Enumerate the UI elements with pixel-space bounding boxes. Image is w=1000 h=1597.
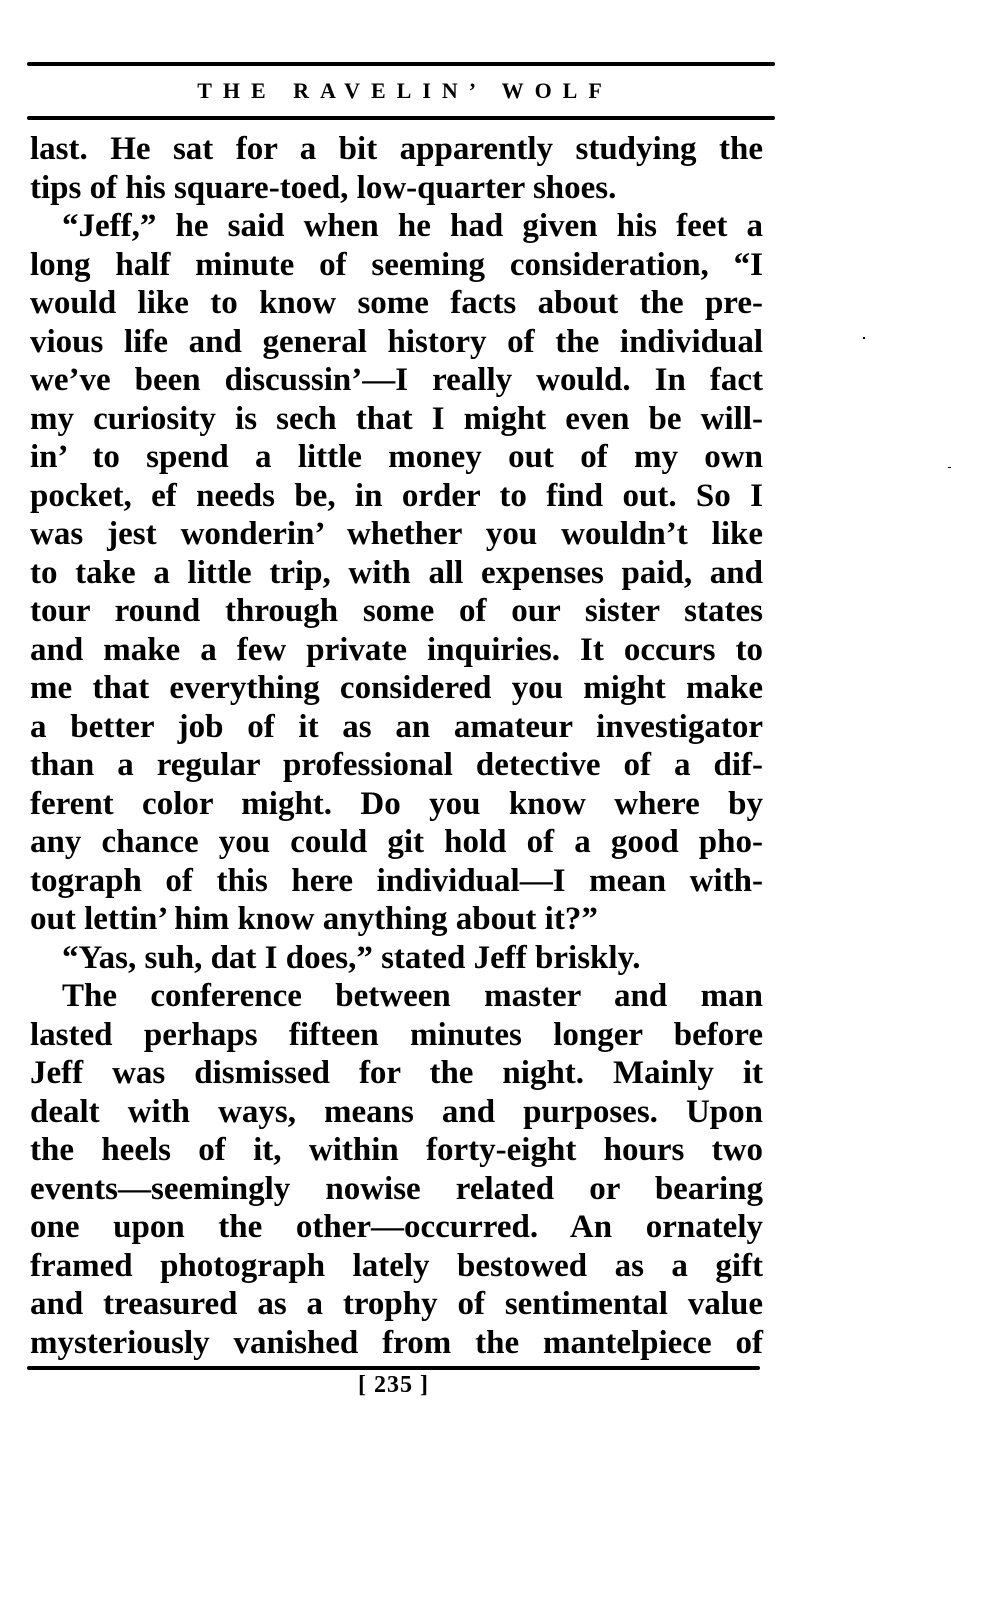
text-line: than a regular professional detective of…	[30, 746, 763, 785]
text-line: we’ve been discussin’—I really would. In…	[30, 361, 763, 400]
text-line: “Jeff,” he said when he had given his fe…	[30, 207, 763, 246]
text-line: vious life and general history of the in…	[30, 323, 763, 362]
text-line: to take a little trip, with all expenses…	[30, 554, 763, 593]
text-line: out lettin’ him know anything about it?”	[30, 900, 763, 939]
page-number: [ 235 ]	[27, 1372, 760, 1399]
text-line: dealt with ways, means and purposes. Upo…	[30, 1093, 763, 1132]
text-line: the heels of it, within forty-eight hour…	[30, 1131, 763, 1170]
scan-speck	[948, 467, 951, 468]
footer-rule	[27, 1366, 760, 1370]
text-line: was jest wonderin’ whether you wouldn’t …	[30, 515, 763, 554]
text-line: framed photograph lately bestowed as a g…	[30, 1247, 763, 1286]
header-rule	[27, 116, 775, 120]
text-line: “Yas, suh, dat I does,” stated Jeff bris…	[30, 939, 763, 978]
book-page: THE RAVELIN’ WOLF last. He sat for a bit…	[27, 62, 775, 1399]
text-line: lasted perhaps fifteen minutes longer be…	[30, 1016, 763, 1055]
text-line: tips of his square-toed, low-quarter sho…	[30, 169, 763, 208]
text-line: would like to know some facts about the …	[30, 284, 763, 323]
text-line: tour round through some of our sister st…	[30, 592, 763, 631]
text-line: me that everything considered you might …	[30, 669, 763, 708]
text-line: tograph of this here individual—I mean w…	[30, 862, 763, 901]
text-line: ferent color might. Do you know where by	[30, 785, 763, 824]
running-head-title: THE RAVELIN’ WOLF	[197, 78, 613, 104]
text-line: long half minute of seeming consideratio…	[30, 246, 763, 285]
body-text: last. He sat for a bit apparently studyi…	[27, 130, 763, 1362]
text-line: a better job of it as an amateur investi…	[30, 708, 763, 747]
text-line: last. He sat for a bit apparently studyi…	[30, 130, 763, 169]
text-line: mysteriously vanished from the mantelpie…	[30, 1324, 763, 1363]
text-line: events—seemingly nowise related or beari…	[30, 1170, 763, 1209]
text-line: pocket, ef needs be, in order to find ou…	[30, 477, 763, 516]
text-line: Jeff was dismissed for the night. Mainly…	[30, 1054, 763, 1093]
scan-speck	[863, 337, 865, 339]
text-line: any chance you could git hold of a good …	[30, 823, 763, 862]
running-head: THE RAVELIN’ WOLF	[27, 66, 775, 116]
text-line: in’ to spend a little money out of my ow…	[30, 438, 763, 477]
text-line: one upon the other—occurred. An ornately	[30, 1208, 763, 1247]
text-line: my curiosity is sech that I might even b…	[30, 400, 763, 439]
text-line: The conference between master and man	[30, 977, 763, 1016]
text-line: and treasured as a trophy of sentimental…	[30, 1285, 763, 1324]
text-line: and make a few private inquiries. It occ…	[30, 631, 763, 670]
